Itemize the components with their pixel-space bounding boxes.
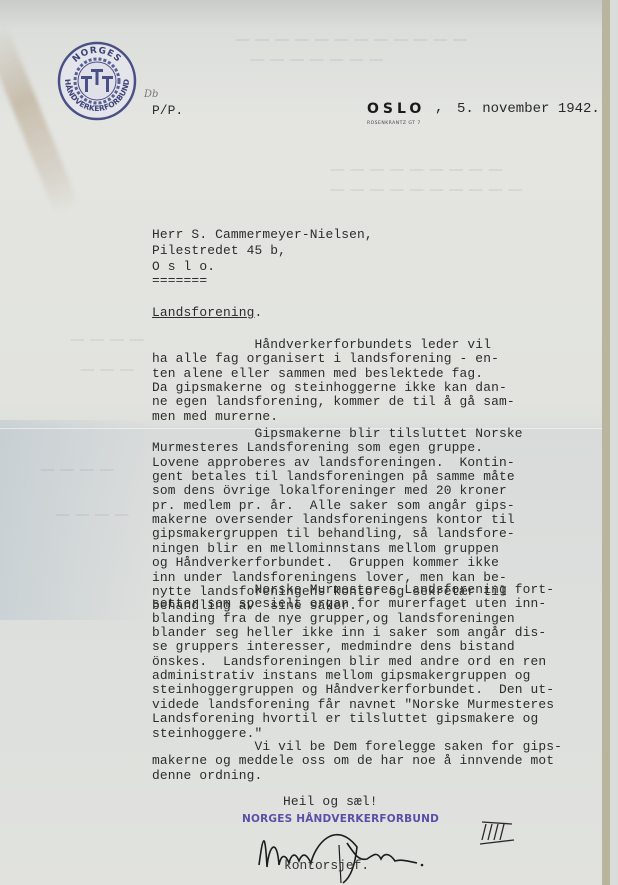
body-line: Da gipsmakerne og steinhoggerne ikke kan… <box>152 381 507 395</box>
body-line: som dens övrige lokalforeninger med 20 k… <box>152 484 507 498</box>
body-line: steinhoggergruppen og Håndverkerforbunde… <box>152 683 554 697</box>
bleed-through-handwriting: — — — — <box>40 460 114 478</box>
body-line: ha alle fag organisert i landsforening -… <box>152 352 499 366</box>
bleed-through-handwriting: — — — — <box>70 330 144 348</box>
recipient-street: Pilestredet 45 b, <box>152 244 286 258</box>
body-line: Norske Murmesteres Landsforening fort- <box>152 583 554 597</box>
body-line: setter som spesielt organ for murerfaget… <box>152 597 546 611</box>
body-line: Gipsmakerne blir tilsluttet Norske <box>152 427 523 441</box>
tally-mark <box>478 818 518 848</box>
body-line: Håndverkerforbundets leder vil <box>152 338 491 352</box>
body-line: makerne oversender landsforeningens kont… <box>152 513 515 527</box>
handwritten-initials: Db <box>144 89 158 100</box>
body-line: önskes. Landsforeningen blir med andre o… <box>152 655 546 669</box>
separator: , <box>435 100 443 116</box>
reference-code: P/P. <box>152 103 183 118</box>
body-line: Murmesteres Landsforening som egen grupp… <box>152 441 483 455</box>
bleed-through-handwriting: — — — — — — — <box>250 50 384 68</box>
body-line: men med murerne. <box>152 410 278 424</box>
letter-date: 5. november 1942. <box>457 101 600 117</box>
body-line: blander seg heller ikke inn i saker som … <box>152 626 546 640</box>
body-line: og Håndverkerforbundet. Gruppen kommer i… <box>152 556 499 570</box>
body-line: gent betales til landsforeningen på samm… <box>152 470 515 484</box>
body-line: denne ordning. <box>152 769 262 783</box>
body-line: ne egen landsforening, kommer de til å g… <box>152 395 515 409</box>
body-line: administrativ instans mellom gipsmakergr… <box>152 669 531 683</box>
bleed-through-handwriting: — — — — — — — — — — <box>330 180 523 198</box>
recipient-city: O s l o. <box>152 260 215 274</box>
handwritten-signature <box>255 825 425 885</box>
body-line: Landsforening hvortil er tilsluttet gips… <box>152 712 538 726</box>
letterhead-street: ROSENKRANTZ GT 7 <box>367 121 421 126</box>
recipient-name: Herr S. Cammermeyer-Nielsen, <box>152 228 373 242</box>
body-line: se gruppers interesser, medmindre dens b… <box>152 640 515 654</box>
signatory-title: kontorsjef. <box>284 858 369 873</box>
bleed-through-handwriting: — — — — <box>55 505 129 523</box>
bleed-through-handwriting: — — — — — — — — — — — — <box>235 30 467 48</box>
bleed-through-handwriting: — — — — — — — — — <box>330 160 503 178</box>
letter-page: — — — — — — — — — — — — — — — — — — — — … <box>0 0 610 885</box>
body-line: videde landsforening får navnet "Norske … <box>152 698 554 712</box>
organization-stamp: NORGES HÅNDVERKERFORBUND <box>242 813 439 826</box>
recipient-underline: ======= <box>152 274 207 288</box>
body-line: ten alene eller sammen med beslektede fa… <box>152 367 483 381</box>
closing-greeting: Heil og sæl! <box>283 795 378 809</box>
subject-line: Landsforening. <box>152 306 262 320</box>
paper-edge <box>602 0 610 885</box>
body-line: pr. medlem pr. år. Alle saker som angår … <box>152 499 515 513</box>
body-line: blanding fra de nye grupper,og landsfore… <box>152 612 515 626</box>
body-line: Vi vil be Dem forelegge saken for gips- <box>152 740 562 754</box>
body-line: Lovene approberes av landsforeningen. Ko… <box>152 456 515 470</box>
body-line: makerne og meddele oss om de har noe å i… <box>152 754 554 768</box>
subject-text: Landsforening <box>152 305 255 320</box>
bleed-through-handwriting: — — — <box>80 360 135 378</box>
body-line: ningen blir en mellominnstans mellom gru… <box>152 542 499 556</box>
subject-period: . <box>255 305 263 320</box>
letterhead-city: OSLO <box>367 101 425 117</box>
union-seal-logo: NORGES HÅNDVERKERFORBUND <box>57 41 137 121</box>
body-line: gipsmakergruppen til behandling, så land… <box>152 527 515 541</box>
